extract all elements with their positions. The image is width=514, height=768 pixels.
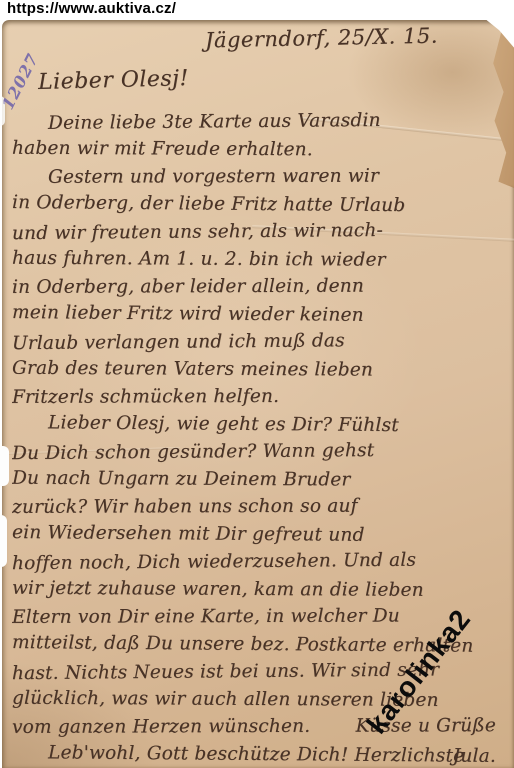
handwritten-text: zurück? Wir haben uns schon so auf xyxy=(12,496,358,518)
postcard-scan: 12027 Jägerndorf, 25/X. 15. Lieber Olesj… xyxy=(2,20,514,768)
scanned-postcard-image: https://www.auktiva.cz/ 12027 Jägerndorf… xyxy=(0,0,514,768)
handwritten-text: Eltern von Dir eine Karte, in welcher Du xyxy=(12,606,400,628)
handwritten-line: Du Dich schon gesünder? Wann gehst xyxy=(12,436,510,468)
handwritten-text: Leb'wohl, Gott beschütze Dich! Herzlichs… xyxy=(48,742,464,766)
handwritten-text: und wir freuten uns sehr, als wir nach- xyxy=(12,220,383,244)
dateline: Jägerndorf, 25/X. 15. xyxy=(205,24,438,53)
handwritten-text: Grab des teuren Vaters meines lieben xyxy=(12,357,373,380)
handwritten-text: Du nach Ungarn zu Deinem Bruder xyxy=(12,467,351,490)
handwritten-text: Deine liebe 3te Karte aus Varasdin xyxy=(48,110,381,134)
handwritten-line: Fritzerls schmücken helfen. xyxy=(12,382,510,411)
handwritten-line: ein Wiedersehen mit Dir gefreut und xyxy=(12,519,510,550)
handwritten-line: Deine liebe 3te Karte aus Varasdin xyxy=(12,108,510,138)
handwritten-text: in Oderberg, aber leider allein, denn xyxy=(12,276,364,298)
handwritten-line: haben wir mit Freude erhalten. xyxy=(12,134,510,164)
handwritten-line: Jula.Leb'wohl, Gott beschütze Dich! Herz… xyxy=(12,739,510,768)
handwritten-line: Küsse u Grüßevom ganzen Herzen wünschen. xyxy=(12,712,510,741)
source-url-caption: https://www.auktiva.cz/ xyxy=(7,0,176,17)
handwritten-text: haus fuhren. Am 1. u. 2. bin ich wieder xyxy=(12,247,386,270)
handwritten-text: Fritzerls schmücken helfen. xyxy=(12,386,279,408)
handwritten-line: haus fuhren. Am 1. u. 2. bin ich wieder xyxy=(12,244,510,274)
handwritten-text: ein Wiedersehen mit Dir gefreut und xyxy=(12,522,365,546)
handwritten-line: mein lieber Fritz wird wieder keinen xyxy=(12,299,510,330)
handwritten-text: mein lieber Fritz wird wieder keinen xyxy=(12,302,364,326)
handwritten-text: haben wir mit Freude erhalten. xyxy=(12,137,313,160)
handwritten-line: in Oderberg, aber leider allein, denn xyxy=(12,272,510,301)
handwritten-line: wir jetzt zuhause waren, kam an die lieb… xyxy=(12,574,510,604)
handwritten-text: in Oderberg, der liebe Fritz hatte Urlau… xyxy=(12,192,405,216)
handwritten-line: in Oderberg, der liebe Fritz hatte Urlau… xyxy=(12,189,510,220)
signature: Jula. xyxy=(453,742,496,768)
handwritten-text: Gestern und vorgestern waren wir xyxy=(48,166,379,188)
handwritten-text: vom ganzen Herzen wünschen. xyxy=(12,716,310,738)
handwritten-line: Urlaub verlangen und ich muß das xyxy=(12,326,510,358)
handwritten-text: mitteilst, daß Du unsere bez. Postkarte … xyxy=(12,632,474,657)
salutation: Lieber Olesj! xyxy=(38,66,189,95)
handwritten-line: zurück? Wir haben uns schon so auf xyxy=(12,492,510,521)
scan-background-gap xyxy=(0,515,7,567)
handwritten-line: hoffen noch, Dich wiederzusehen. Und als xyxy=(12,546,510,578)
handwritten-line: und wir freuten uns sehr, als wir nach- xyxy=(12,216,510,248)
handwritten-text: hast. Nichts Neues ist bei uns. Wir sind… xyxy=(12,659,439,684)
handwritten-line: Gestern und vorgestern waren wir xyxy=(12,162,510,191)
handwritten-line: Du nach Ungarn zu Deinem Bruder xyxy=(12,464,510,494)
handwritten-text: wir jetzt zuhause waren, kam an die lieb… xyxy=(12,577,424,600)
handwritten-line: Lieber Olesj, wie geht es Dir? Fühlst xyxy=(12,409,510,440)
handwritten-line: Grab des teuren Vaters meines lieben xyxy=(12,354,510,384)
handwritten-text: Lieber Olesj, wie geht es Dir? Fühlst xyxy=(48,412,399,436)
scan-background-gap xyxy=(0,446,9,486)
handwritten-text: hoffen noch, Dich wiederzusehen. Und als xyxy=(12,550,416,575)
handwritten-text: Du Dich schon gesünder? Wann gehst xyxy=(12,440,374,464)
handwritten-line: glücklich, was wir auch allen unseren li… xyxy=(12,684,510,714)
catalog-number: 12027 xyxy=(0,50,42,113)
handwritten-text: Urlaub verlangen und ich muß das xyxy=(12,330,345,354)
